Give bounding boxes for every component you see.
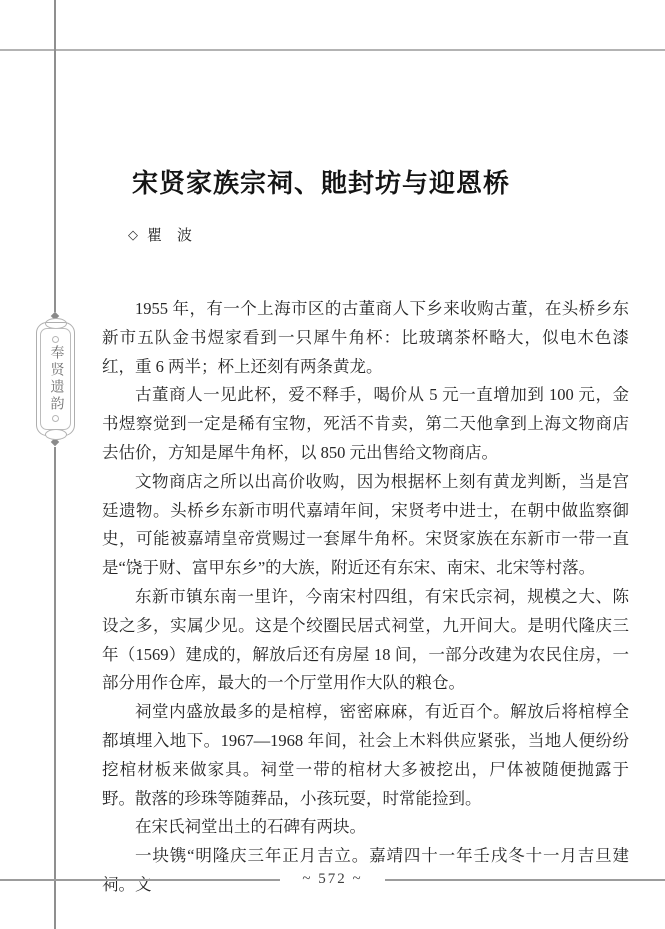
series-label: 奉贤遗韵 xyxy=(49,345,63,413)
ornament-dot-top xyxy=(52,336,59,343)
paragraph: 1955 年，有一个上海市区的古董商人下乡来收购古董，在头桥乡东新市五队金书煜家… xyxy=(102,295,629,381)
paragraph: 东新市镇东南一里许，今南宋村四组，有宋氏宗祠，规模之大、陈设之多，实属少见。这是… xyxy=(102,583,629,698)
top-crop-line xyxy=(0,49,665,51)
ornament-scroll-bottom xyxy=(45,429,67,440)
author-name: 瞿 波 xyxy=(147,224,192,245)
diamond-icon: ◇ xyxy=(128,227,138,243)
article-body: 1955 年，有一个上海市区的古董商人下乡来收购古董，在头桥乡东新市五队金书煜家… xyxy=(102,295,629,900)
paragraph: 文物商店之所以出高价收购，因为根据杯上刻有黄龙判断，当是宫廷遗物。头桥乡东新市明… xyxy=(102,468,629,583)
book-page: 奉贤遗韵 宋贤家族宗祠、貤封坊与迎恩桥 ◇ 瞿 波 1955 年，有一个上海市区… xyxy=(0,0,665,929)
author-line: ◇ 瞿 波 xyxy=(128,224,192,245)
footer-rule-right xyxy=(385,879,665,881)
ornament-inner-frame: 奉贤遗韵 xyxy=(40,328,71,430)
paragraph: 祠堂内盛放最多的是棺椁，密密麻麻，有近百个。解放后将棺椁全都填埋入地下。1967… xyxy=(102,698,629,813)
left-fold-line-bottom xyxy=(54,447,56,929)
article-title: 宋贤家族宗祠、貤封坊与迎恩桥 xyxy=(132,168,510,200)
series-ornament: 奉贤遗韵 xyxy=(36,322,75,436)
footer-rule-left xyxy=(0,879,280,881)
paragraph: 在宋氏祠堂出土的石碑有两块。 xyxy=(102,813,629,842)
left-fold-line-top xyxy=(54,0,56,312)
page-number: ~ 572 ~ xyxy=(280,871,384,888)
ornament-dot-bottom xyxy=(52,415,59,422)
paragraph: 古董商人一见此杯，爱不释手，喝价从 5 元一直增加到 100 元，金书煜察觉到一… xyxy=(102,381,629,467)
page-footer: ~ 572 ~ xyxy=(0,871,665,888)
